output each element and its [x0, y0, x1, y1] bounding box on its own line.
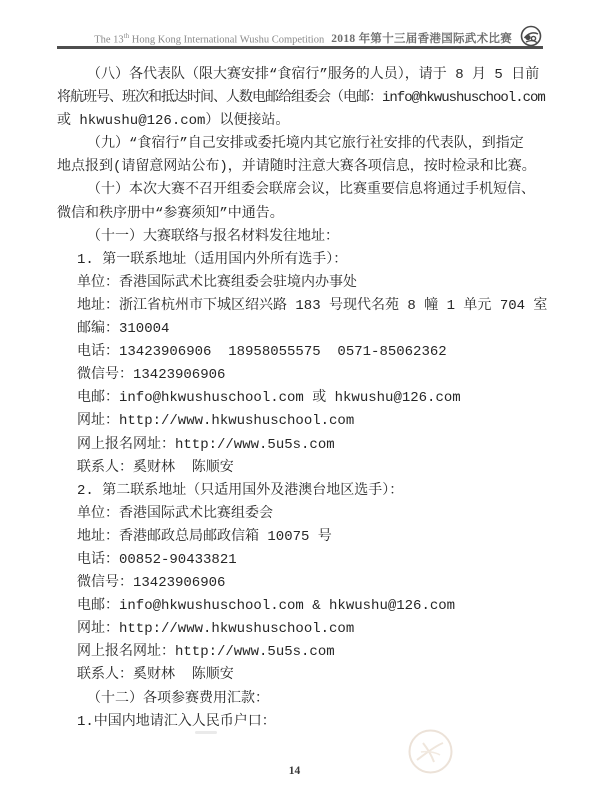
text-line: （九）“食宿行”自己安排或委托境内其它旅行社安排的代表队，到指定: [57, 133, 557, 156]
text-line: （八）各代表队（限大赛安排“食宿行”服务的人员），请于 8 月 5 日前: [57, 64, 557, 87]
scan-artifact: [195, 731, 217, 734]
document-page: The 13th Hong Kong International Wushu C…: [0, 0, 589, 800]
page-number: 14: [0, 765, 589, 777]
text-line: 2. 第二联系地址（只适用国外及港澳台地区选手）：: [57, 480, 557, 503]
text-line: 1. 第一联系地址（适用国内外所有选手）：: [57, 249, 557, 272]
text-line: 网上报名网址：http://www.5u5s.com: [57, 641, 557, 664]
header-title-cn: 2018 年第十三届香港国际武术比赛: [331, 32, 512, 46]
text-line: 1.中国内地请汇入人民币户口：: [57, 711, 557, 734]
wushu-emblem-icon: [519, 24, 543, 48]
header-rule: [57, 46, 543, 49]
text-line: 或 hkwushu@126.com）以便接站。: [57, 110, 557, 133]
text-line: （十一）大赛联络与报名材料发往地址：: [57, 226, 557, 249]
text-line: 微信号：13423906906: [57, 572, 557, 595]
text-line: 电话：00852-90433821: [57, 549, 557, 572]
page-header: The 13th Hong Kong International Wushu C…: [0, 20, 543, 46]
text-line: 邮编：310004: [57, 318, 557, 341]
text-line: 地点报到(请留意网站公布)，并请随时注意大赛各项信息，按时检录和比赛。: [57, 156, 557, 179]
text-line: 联系人：奚财林 陈顺安: [57, 664, 557, 687]
text-line: 网上报名网址：http://www.5u5s.com: [57, 434, 557, 457]
document-body: （八）各代表队（限大赛安排“食宿行”服务的人员），请于 8 月 5 日前 将航班…: [57, 64, 557, 734]
text-line: 网址：http://www.hkwushuschool.com: [57, 410, 557, 433]
text-line: 将航班号、班次和抵达时间、人数电邮给组委会（电邮：info@hkwushusch…: [57, 87, 557, 110]
text-line: 地址：浙江省杭州市下城区绍兴路 183 号现代名苑 8 幢 1 单元 704 室: [57, 295, 557, 318]
text-line: 微信和秩序册中“参赛须知”中通告。: [57, 203, 557, 226]
text-line: 电话：13423906906 18958055575 0571-85062362: [57, 341, 557, 364]
text-line: 单位：香港国际武术比赛组委会: [57, 503, 557, 526]
header-title-en-rest: Hong Kong International Wushu Competitio…: [129, 34, 324, 45]
text-line: 地址：香港邮政总局邮政信箱 10075 号: [57, 526, 557, 549]
header-title-en-prefix: The 13: [94, 34, 123, 45]
text-line: 联系人：奚财林 陈顺安: [57, 457, 557, 480]
text-line: 网址：http://www.hkwushuschool.com: [57, 618, 557, 641]
text-line: 电邮：info@hkwushuschool.com & hkwushu@126.…: [57, 595, 557, 618]
text-line: 微信号：13423906906: [57, 364, 557, 387]
text-line: 单位：香港国际武术比赛组委会驻境内办事处: [57, 272, 557, 295]
header-title-en: The 13th Hong Kong International Wushu C…: [94, 30, 324, 47]
text-line: （十二）各项参赛费用汇款：: [57, 688, 557, 711]
text-line: 电邮：info@hkwushuschool.com 或 hkwushu@126.…: [57, 387, 557, 410]
text-line: （十）本次大赛不召开组委会联席会议，比赛重要信息将通过手机短信、: [57, 179, 557, 202]
